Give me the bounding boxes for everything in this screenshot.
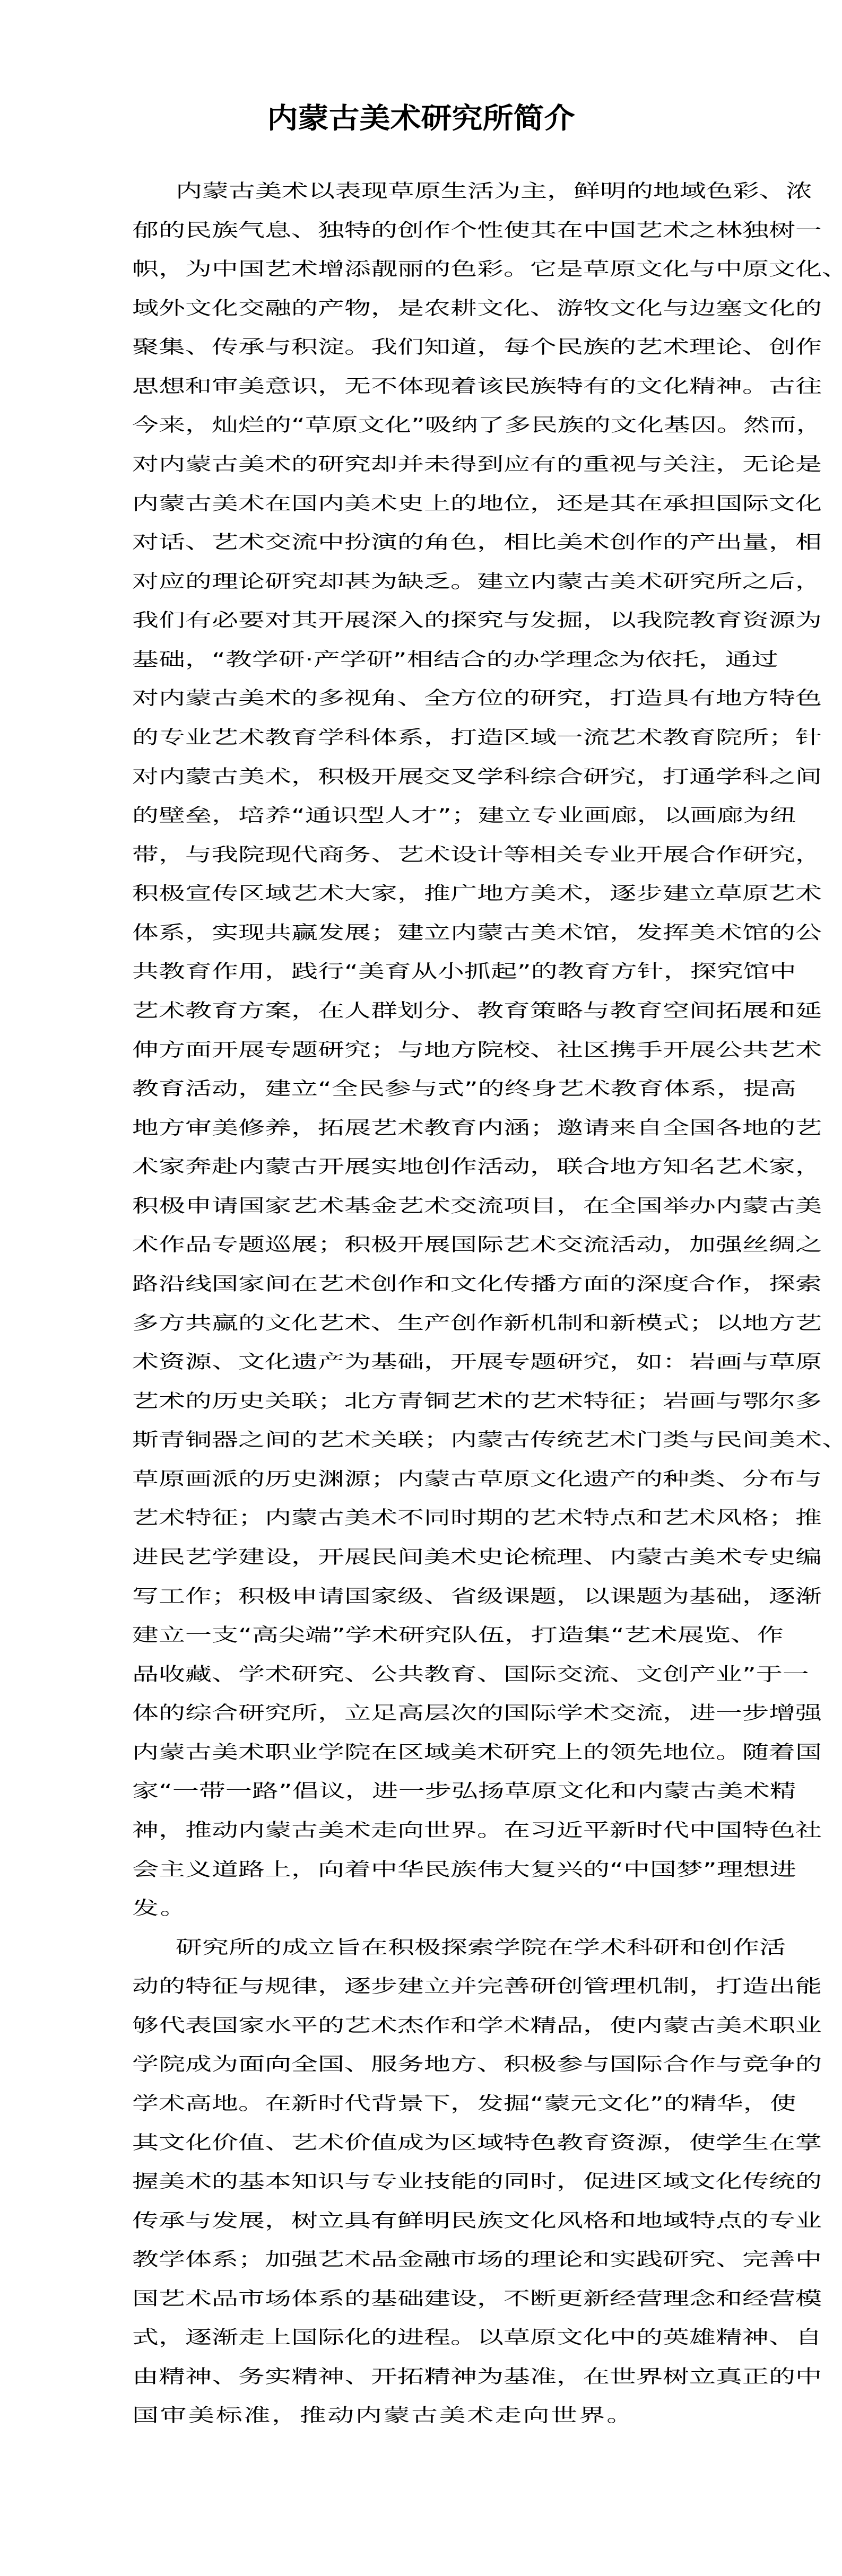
text-line: 路沿线国家间在艺术创作和文化传播方面的深度合作，探索 [132, 1274, 718, 1293]
text-line: 对内蒙古美术的研究却并未得到应有的重视与关注，无论是 [132, 455, 718, 474]
text-line: 对内蒙古美术，积极开展交叉学科综合研究，打通学科之间 [132, 767, 718, 786]
text-line: 对应的理论研究却甚为缺乏。建立内蒙古美术研究所之后， [132, 572, 718, 591]
text-line: 家“一带一路”倡议，进一步弘扬草原文化和内蒙古美术精 [132, 1781, 718, 1800]
text-line: 由精神、务实精神、开拓精神为基准，在世界树立真正的中 [132, 2367, 718, 2386]
text-line: 写工作；积极申请国家级、省级课题，以课题为基础，逐渐 [132, 1587, 718, 1606]
text-line: 学术高地。在新时代背景下，发掘“蒙元文化”的精华，使 [132, 2094, 718, 2113]
text-line: 今来，灿烂的“草原文化”吸纳了多民族的文化基因。然而， [132, 415, 728, 434]
text-line: 思想和审美意识，无不体现着该民族特有的文化精神。古往 [132, 377, 718, 396]
text-line: 术家奔赴内蒙古开展实地创作活动，联合地方知名艺术家， [132, 1157, 718, 1176]
text-line: 体的综合研究所，立足高层次的国际学术交流，进一步增强 [132, 1703, 718, 1722]
text-line: 斯青铜器之间的艺术关联；内蒙古传统艺术门类与民间美术、 [132, 1430, 728, 1449]
text-line: 握美术的基本知识与专业技能的同时，促进区域文化传统的 [132, 2172, 718, 2191]
text-line: 共教育作用，践行“美育从小抓起”的教育方针，探究馆中 [132, 962, 718, 981]
text-line: 式，逐渐走上国际化的进程。以草原文化中的英雄精神、自 [132, 2328, 718, 2347]
text-line: 伸方面开展专题研究；与地方院校、社区携手开展公共艺术 [132, 1040, 718, 1059]
text-line: 内蒙古美术在国内美术史上的地位，还是其在承担国际文化 [132, 494, 718, 513]
text-line: 学院成为面向全国、服务地方、积极参与国际合作与竞争的 [132, 2055, 718, 2074]
text-line: 够代表国家水平的艺术杰作和学术精品，使内蒙古美术职业 [132, 2016, 718, 2035]
text-line: 基础，“教学研·产学研”相结合的办学理念为依托，通过 [132, 650, 718, 669]
text-line: 的壁垒，培养“通识型人才”；建立专业画廊，以画廊为纽 [132, 806, 718, 825]
text-line: 积极宣传区域艺术大家，推广地方美术，逐步建立草原艺术 [132, 884, 718, 903]
text-line: 研究所的成立旨在积极探索学院在学术科研和创作活 [176, 1938, 718, 1957]
text-line: 发。 [132, 1899, 718, 1918]
text-line: 国艺术品市场体系的基础建设，不断更新经营理念和经营模 [132, 2289, 718, 2308]
text-line: 对话、艺术交流中扮演的角色，相比美术创作的产出量，相 [132, 533, 718, 552]
text-line: 内蒙古美术职业学院在区域美术研究上的领先地位。随着国 [132, 1743, 718, 1762]
text-line: 帜，为中国艺术增添靓丽的色彩。它是草原文化与中原文化、 [132, 259, 728, 279]
text-line: 会主义道路上，向着中华民族伟大复兴的“中国梦”理想进 [132, 1860, 718, 1879]
text-line: 国审美标准，推动内蒙古美术走向世界。 [132, 2406, 718, 2425]
text-line: 郁的民族气息、独特的创作个性使其在中国艺术之林独树一 [132, 221, 718, 240]
text-line: 其文化价值、艺术价值成为区域特色教育资源，使学生在掌 [132, 2133, 718, 2152]
text-line: 域外文化交融的产物，是农耕文化、游牧文化与边塞文化的 [132, 299, 718, 318]
text-line: 动的特征与规律，逐步建立并完善研创管理机制，打造出能 [132, 1977, 718, 1996]
text-line: 品收藏、学术研究、公共教育、国际交流、文创产业”于一 [132, 1665, 718, 1684]
text-line: 聚集、传承与积淀。我们知道，每个民族的艺术理论、创作 [132, 337, 718, 356]
text-line: 教学体系；加强艺术品金融市场的理论和实践研究、完善中 [132, 2250, 718, 2269]
text-line: 术资源、文化遗产为基础，开展专题研究，如：岩画与草原 [132, 1352, 718, 1371]
text-line: 地方审美修养，拓展艺术教育内涵；邀请来自全国各地的艺 [132, 1118, 718, 1137]
document-page: 内蒙古美术研究所简介 内蒙古美术以表现草原生活为主，鲜明的地域色彩、浓郁的民族气… [0, 0, 842, 2576]
text-line: 带，与我院现代商务、艺术设计等相关专业开展合作研究， [132, 845, 718, 864]
text-line: 艺术特征；内蒙古美术不同时期的艺术特点和艺术风格；推 [132, 1508, 718, 1527]
text-line: 草原画派的历史渊源；内蒙古草原文化遗产的种类、分布与 [132, 1469, 718, 1489]
text-line: 艺术的历史关联；北方青铜艺术的艺术特征；岩画与鄂尔多 [132, 1391, 718, 1411]
text-line: 建立一支“高尖端”学术研究队伍，打造集“艺术展览、作 [132, 1625, 718, 1644]
text-line: 多方共赢的文化艺术、生产创作新机制和新模式；以地方艺 [132, 1313, 718, 1333]
text-line: 传承与发展，树立具有鲜明民族文化风格和地域特点的专业 [132, 2211, 718, 2230]
text-line: 内蒙古美术以表现草原生活为主，鲜明的地域色彩、浓 [176, 181, 718, 201]
text-line: 积极申请国家艺术基金艺术交流项目，在全国举办内蒙古美 [132, 1196, 718, 1215]
text-line: 艺术教育方案，在人群划分、教育策略与教育空间拓展和延 [132, 1001, 718, 1020]
text-line: 进民艺学建设，开展民间美术史论梳理、内蒙古美术专史编 [132, 1547, 718, 1567]
text-line: 教育活动，建立“全民参与式”的终身艺术教育体系，提高 [132, 1079, 718, 1098]
text-line: 我们有必要对其开展深入的探究与发掘，以我院教育资源为 [132, 611, 718, 630]
text-line: 的专业艺术教育学科体系，打造区域一流艺术教育院所；针 [132, 728, 718, 747]
text-line: 体系，实现共赢发展；建立内蒙古美术馆，发挥美术馆的公 [132, 923, 718, 942]
text-line: 神，推动内蒙古美术走向世界。在习近平新时代中国特色社 [132, 1821, 718, 1840]
page-title: 内蒙古美术研究所简介 [0, 104, 842, 132]
text-line: 术作品专题巡展；积极开展国际艺术交流活动，加强丝绸之 [132, 1235, 718, 1254]
text-line: 对内蒙古美术的多视角、全方位的研究，打造具有地方特色 [132, 689, 718, 708]
